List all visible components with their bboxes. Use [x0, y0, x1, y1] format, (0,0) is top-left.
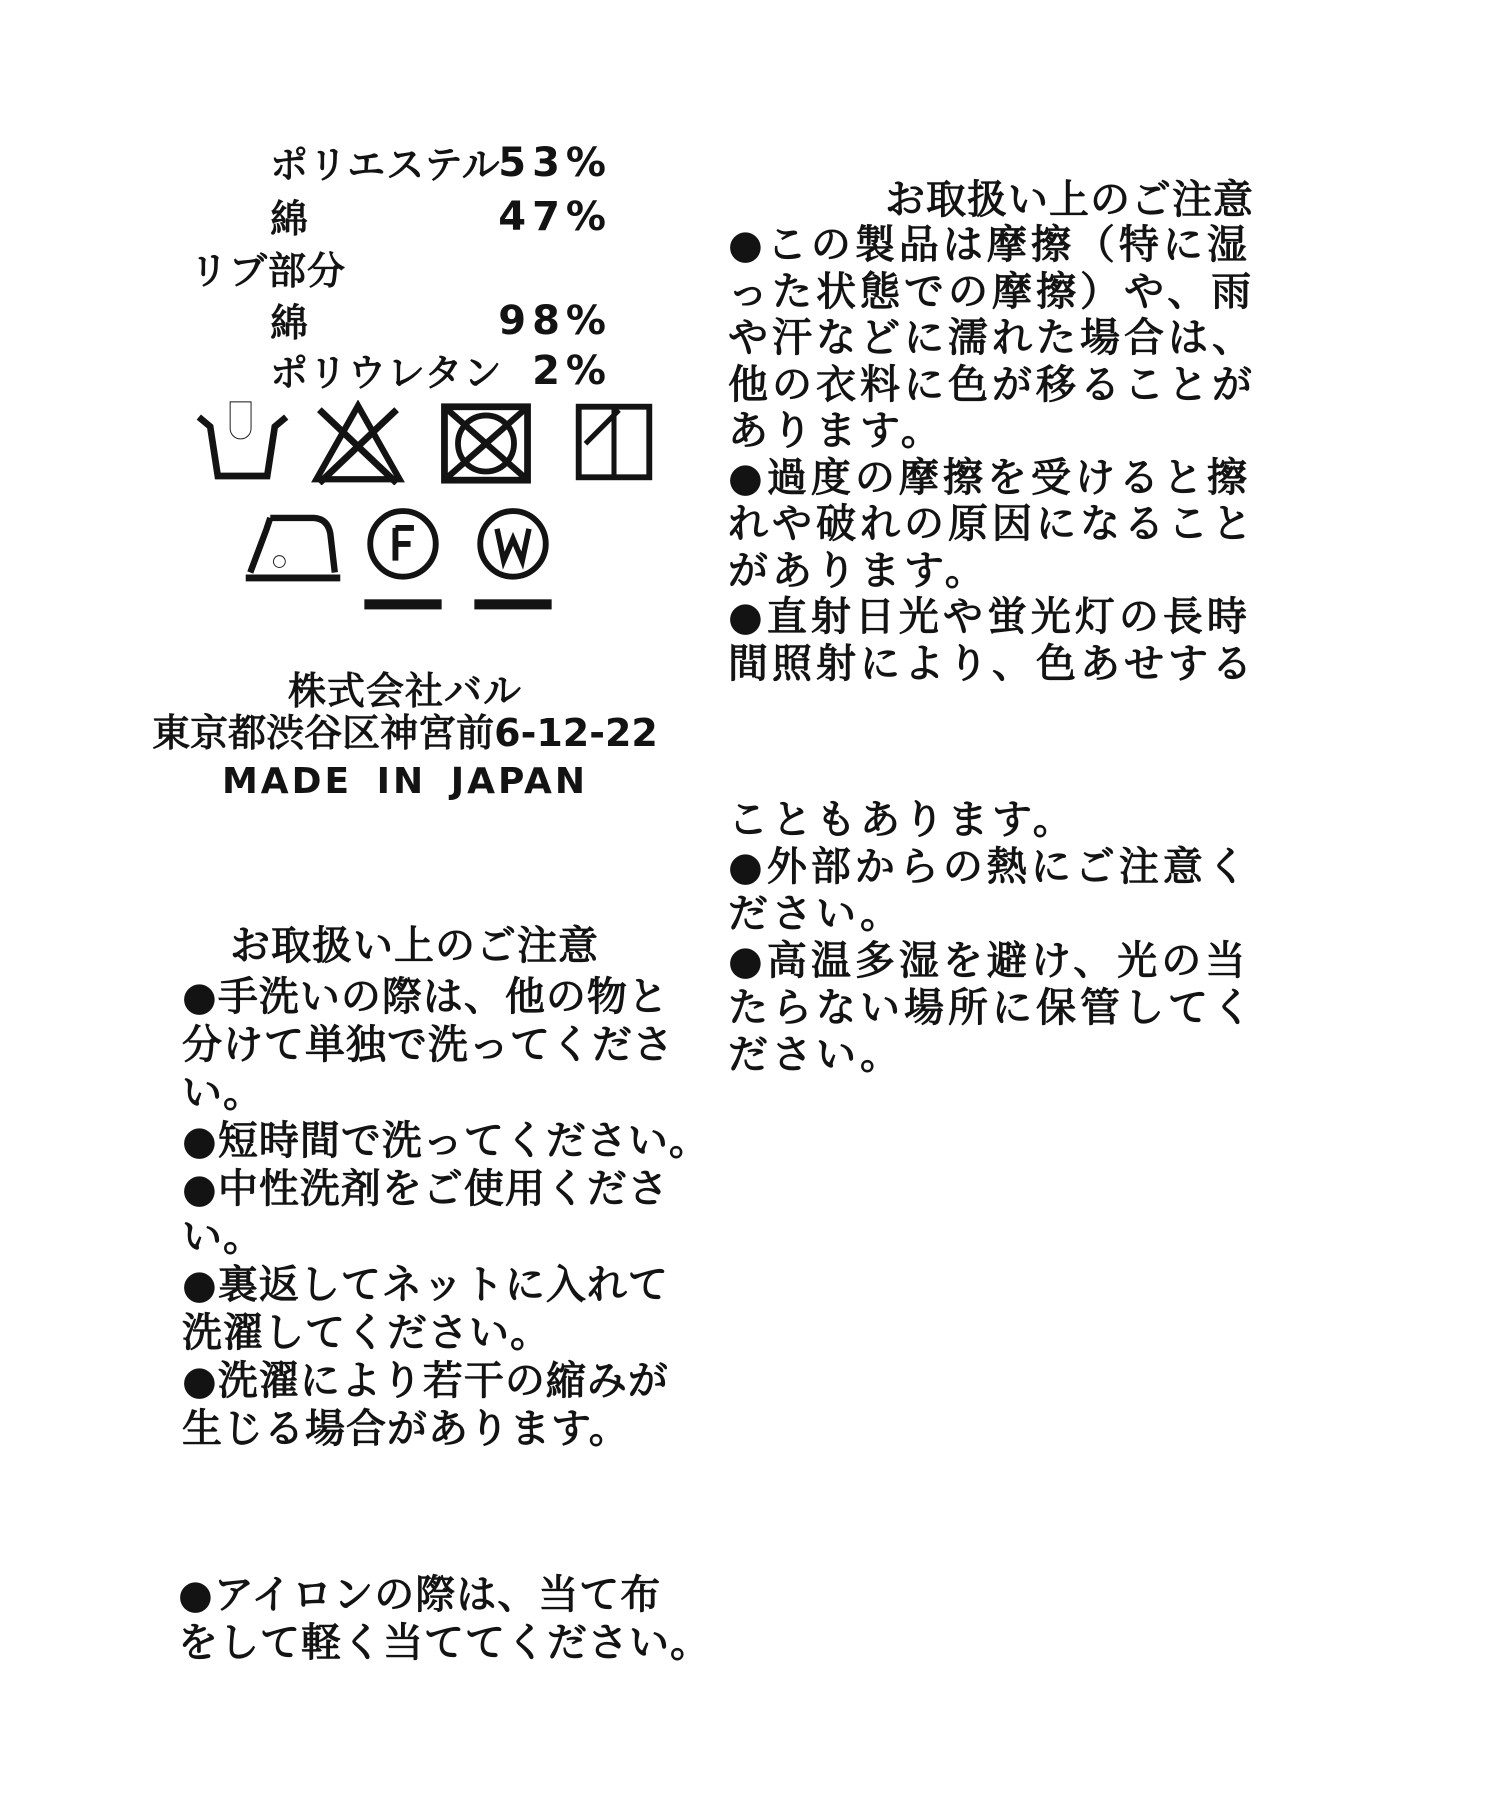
right-notice-title: お取扱い上のご注意	[885, 168, 1254, 225]
notice-line: い。	[182, 1213, 710, 1261]
composition-part-label: リブ部分	[190, 248, 346, 294]
left-notice-title: お取扱い上のご注意	[230, 914, 599, 971]
notice-line: ●アイロンの際は、当て布	[178, 1571, 711, 1619]
notice-line: ●直射日光や蛍光灯の長時	[728, 594, 1256, 641]
dry-clean-f-icon	[361, 505, 445, 613]
notice-line: ●過度の摩擦を受けると擦	[728, 455, 1256, 502]
notice-line: をして軽く当ててください。	[178, 1619, 711, 1667]
notice-line: ●手洗いの際は、他の物と	[182, 973, 710, 1021]
do-not-bleach-icon	[308, 400, 408, 485]
right-notice-body-top: ●この製品は摩擦（特に湿 った状態での摩擦）や、雨 や汗などに濡れた場合は、 他…	[728, 222, 1256, 687]
notice-line: い。	[182, 1069, 710, 1117]
company-address: 東京都渋谷区神宮前6-12-22	[100, 702, 710, 757]
composition-value: 2%	[434, 348, 612, 394]
notice-line: 分けて単独で洗ってくださ	[182, 1021, 710, 1069]
notice-line: ださい。	[728, 891, 1256, 938]
composition-value: 53%	[434, 140, 612, 186]
notice-line: があります。	[728, 548, 1256, 595]
notice-line: ●洗濯により若干の縮みが	[182, 1357, 710, 1405]
composition-name: 綿	[270, 196, 309, 242]
notice-line: たらない場所に保管してく	[728, 985, 1256, 1032]
right-notice-body-bottom: こともあります。 ●外部からの熱にご注意く ださい。 ●高温多湿を避け、光の当 …	[728, 797, 1256, 1079]
notice-line: 生じる場合があります。	[182, 1405, 710, 1453]
left-notice-body: ●手洗いの際は、他の物と 分けて単独で洗ってくださ い。 ●短時間で洗ってくださ…	[182, 973, 710, 1453]
iron-low-icon	[243, 508, 343, 586]
line-dry-in-shade-icon	[572, 400, 656, 484]
notice-line: ●中性洗剤をご使用くださ	[182, 1165, 710, 1213]
composition-value: 98%	[434, 298, 612, 344]
notice-line: ●高温多湿を避け、光の当	[728, 938, 1256, 985]
country-of-origin: MADE IN JAPAN	[100, 761, 710, 802]
hand-wash-icon	[195, 392, 290, 484]
notice-line: 洗濯してください。	[182, 1309, 710, 1357]
notice-line: ●外部からの熱にご注意く	[728, 844, 1256, 891]
notice-line: ●この製品は摩擦（特に湿	[728, 222, 1256, 269]
notice-line: った状態での摩擦）や、雨	[728, 269, 1256, 316]
notice-line: あります。	[728, 408, 1256, 455]
left-notice-ironing: ●アイロンの際は、当て布 をして軽く当ててください。	[178, 1571, 711, 1667]
do-not-tumble-dry-icon	[436, 400, 536, 485]
composition-name: 綿	[270, 300, 309, 346]
notice-line: や汗などに濡れた場合は、	[728, 315, 1256, 362]
notice-line: ●短時間で洗ってください。	[182, 1117, 710, 1165]
notice-line: れや破れの原因になること	[728, 501, 1256, 548]
notice-line: こともあります。	[728, 797, 1256, 844]
notice-line: ださい。	[728, 1032, 1256, 1079]
notice-line: ●裏返してネットに入れて	[182, 1261, 710, 1309]
composition-value: 47%	[434, 194, 612, 240]
wet-clean-w-icon	[471, 505, 555, 613]
notice-line: 他の衣料に色が移ることが	[728, 362, 1256, 409]
notice-line: 間照射により、色あせする	[728, 641, 1256, 688]
care-label-page: ポリエステル 53% 綿 47% リブ部分 綿 98% ポリウレタン 2%	[0, 0, 1500, 1800]
